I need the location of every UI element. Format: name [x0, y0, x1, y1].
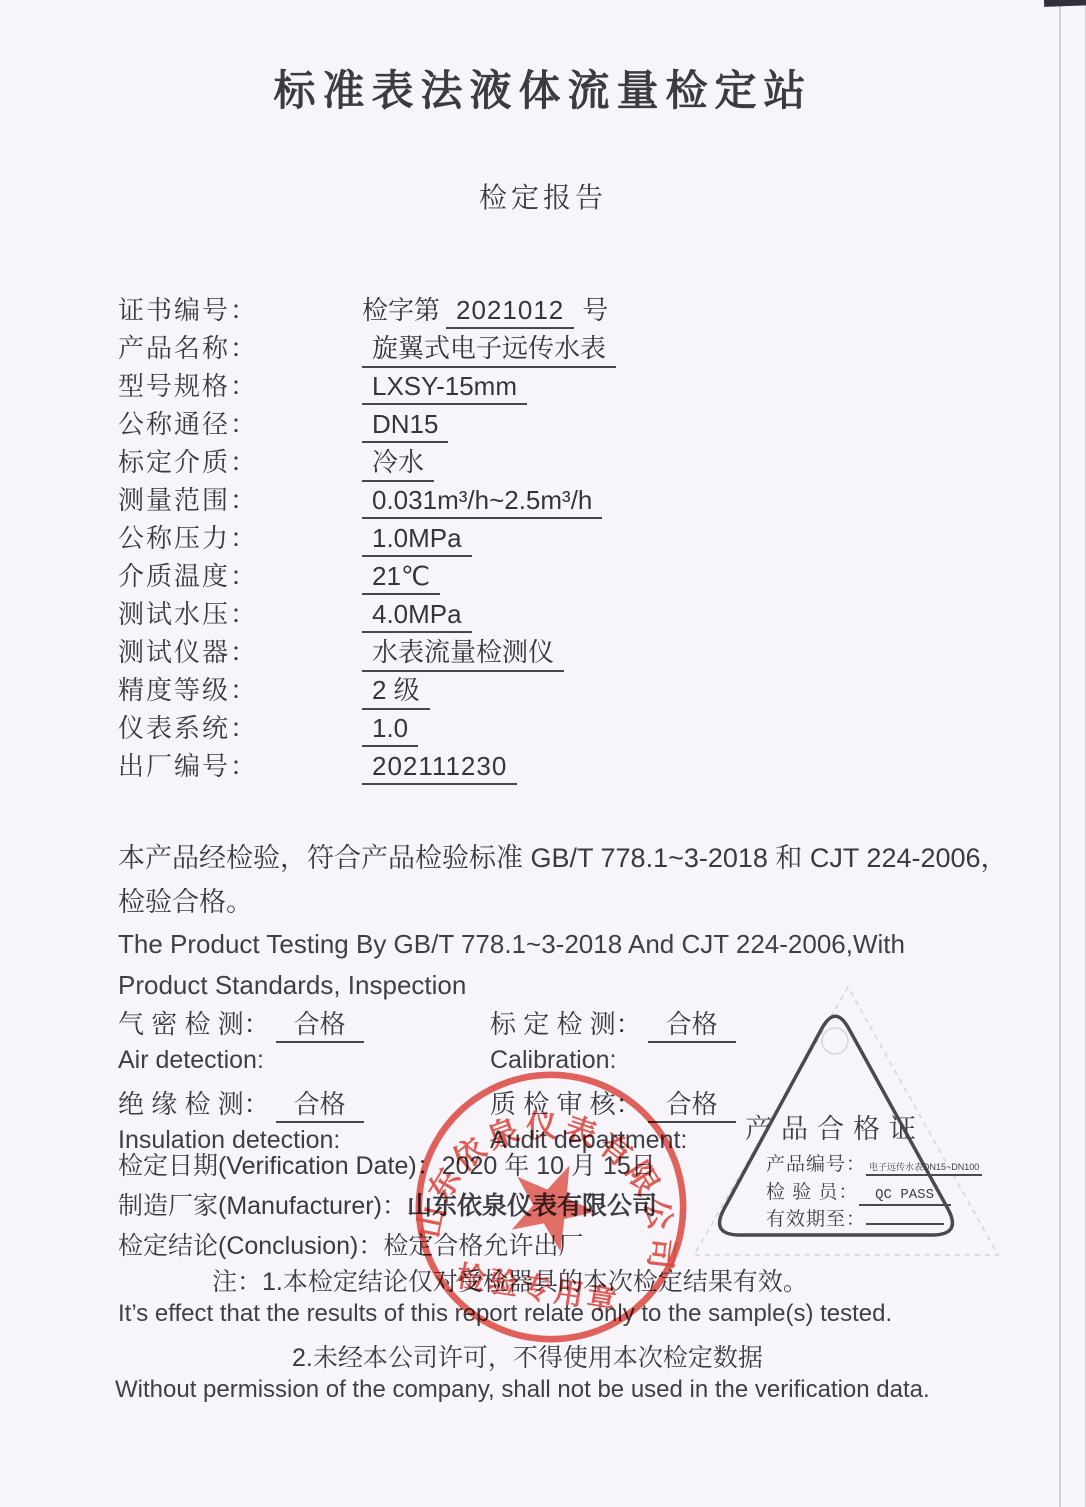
report-title: 检定报告	[0, 176, 1086, 216]
tag-label: 有效期至：	[766, 1204, 866, 1231]
certificate-suffix: 号	[582, 290, 608, 327]
field-value: LXSY-15mm	[362, 371, 527, 405]
field-row-medium: 标定介质： 冷水	[118, 442, 878, 480]
tag-row-valid-until: 有效期至：	[766, 1204, 944, 1231]
note-2-en: Without permission of the company, shall…	[115, 1376, 930, 1404]
detection-label: 气 密 检 测：	[118, 1004, 270, 1041]
tag-label: 检 验 员：	[766, 1177, 859, 1204]
verification-date-line: 检定日期(Verification Date)：2020 年 10 月 15日	[118, 1146, 657, 1186]
certificate-prefix: 检字第	[362, 290, 440, 327]
detection-label: 标 定 检 测：	[490, 1004, 642, 1041]
field-label: 介质温度：	[118, 556, 362, 593]
statement-zh-line1: 本产品经检验，符合产品检验标准 GB/T 778.1~3-2018 和 CJT …	[118, 836, 1008, 880]
field-row-nominal-pressure: 公称压力： 1.0MPa	[118, 518, 878, 556]
field-row-meter-system: 仪表系统： 1.0	[118, 708, 878, 746]
scan-artifact-corner	[1044, 0, 1086, 7]
manufacturer-label: 制造厂家(Manufacturer)：	[118, 1192, 407, 1220]
detection-result: 合格	[276, 1084, 364, 1123]
field-value: 水表流量检测仪	[362, 632, 564, 672]
field-value: 21℃	[362, 561, 440, 595]
detection-label: 绝 缘 检 测：	[118, 1084, 270, 1121]
field-label: 产品名称：	[118, 328, 362, 365]
field-label: 公称压力：	[118, 518, 362, 555]
statement-en-line1: The Product Testing By GB/T 778.1~3-2018…	[118, 924, 1008, 965]
note-1-en: It’s effect that the results of this rep…	[118, 1300, 892, 1328]
field-row-nominal-diameter: 公称通径： DN15	[118, 404, 878, 442]
tag-value	[866, 1222, 944, 1225]
field-value: 202111230	[362, 751, 517, 785]
field-row-model: 型号规格： LXSY-15mm	[118, 366, 878, 404]
product-qualification-tag: 产品合格证 产品编号： 电子远传水表DN15~DN100 检 验 员： QC P…	[690, 985, 1012, 1277]
field-label: 公称通径：	[118, 404, 362, 441]
conclusion-line: 检定结论(Conclusion)：检定合格允许出厂	[118, 1226, 657, 1266]
verification-date-label: 检定日期(Verification Date)：	[118, 1152, 442, 1180]
verification-date-value: 2020 年 10 月 15日	[442, 1152, 656, 1180]
field-label: 仪表系统：	[118, 708, 362, 745]
field-label: 测试仪器：	[118, 632, 362, 669]
field-label: 测量范围：	[118, 480, 362, 517]
field-label: 测试水压：	[118, 594, 362, 631]
compliance-statement: 本产品经检验，符合产品检验标准 GB/T 778.1~3-2018 和 CJT …	[118, 836, 1008, 1006]
field-label-certificate-no: 证书编号：	[118, 290, 362, 327]
detection-air-en: Air detection:	[118, 1046, 490, 1084]
field-value: DN15	[362, 409, 448, 443]
scan-artifact-line	[1059, 0, 1061, 1507]
note-2: 2.未经本公司许可，不得使用本次检定数据	[292, 1338, 763, 1374]
field-row-accuracy-class: 精度等级： 2 级	[118, 670, 878, 708]
statement-zh-line2: 检验合格。	[118, 880, 1008, 924]
field-row-product-name: 产品名称： 旋翼式电子远传水表	[118, 328, 878, 366]
field-row-test-instrument: 测试仪器： 水表流量检测仪	[118, 632, 878, 670]
field-row-factory-number: 出厂编号： 202111230	[118, 746, 878, 784]
manufacturer-line: 制造厂家(Manufacturer)：山东依泉仪表有限公司	[118, 1186, 657, 1226]
tag-label: 产品编号：	[766, 1149, 866, 1176]
field-row-certificate-no: 证书编号： 检字第 2021012 号	[118, 290, 878, 328]
conclusion-label: 检定结论(Conclusion)：	[118, 1232, 383, 1260]
tag-row-inspector: 检 验 员： QC PASS	[766, 1177, 951, 1206]
field-value: 2 级	[362, 670, 430, 710]
tag-value: 电子远传水表DN15~DN100	[866, 1160, 982, 1176]
field-value: 1.0	[362, 713, 418, 747]
field-row-test-pressure: 测试水压： 4.0MPa	[118, 594, 878, 632]
field-value: 1.0MPa	[362, 523, 472, 557]
manufacturer-value: 山东依泉仪表有限公司	[407, 1192, 657, 1220]
conclusion-value: 检定合格允许出厂	[383, 1232, 583, 1260]
field-row-measure-range: 测量范围： 0.031m³/h~2.5m³/h	[118, 480, 878, 518]
field-value: 旋翼式电子远传水表	[362, 328, 616, 368]
tag-title: 产品合格证	[690, 1107, 980, 1146]
detection-air: 气 密 检 测： 合格	[118, 1004, 490, 1046]
field-value: 冷水	[362, 442, 434, 482]
certificate-number: 2021012	[446, 295, 574, 329]
station-title: 标准表法液体流量检定站	[0, 58, 1086, 118]
field-row-medium-temperature: 介质温度： 21℃	[118, 556, 878, 594]
scanned-verification-report: 标准表法液体流量检定站 检定报告 证书编号： 检字第 2021012 号 产品名…	[0, 0, 1086, 1507]
tag-hang-hole-icon	[822, 1028, 848, 1054]
detection-result: 合格	[276, 1004, 364, 1043]
fields-block: 证书编号： 检字第 2021012 号 产品名称： 旋翼式电子远传水表 型号规格…	[118, 290, 878, 784]
field-value: 4.0MPa	[362, 599, 472, 633]
detection-label: 质 检 审 核：	[490, 1084, 642, 1121]
field-label: 标定介质：	[118, 442, 362, 479]
field-label: 出厂编号：	[118, 746, 362, 783]
detection-insulation: 绝 缘 检 测： 合格	[118, 1084, 490, 1126]
field-value: 0.031m³/h~2.5m³/h	[362, 485, 602, 519]
field-label: 精度等级：	[118, 670, 362, 707]
field-label: 型号规格：	[118, 366, 362, 403]
meta-block: 检定日期(Verification Date)：2020 年 10 月 15日 …	[118, 1146, 657, 1266]
tag-row-product-number: 产品编号： 电子远传水表DN15~DN100	[766, 1149, 982, 1176]
